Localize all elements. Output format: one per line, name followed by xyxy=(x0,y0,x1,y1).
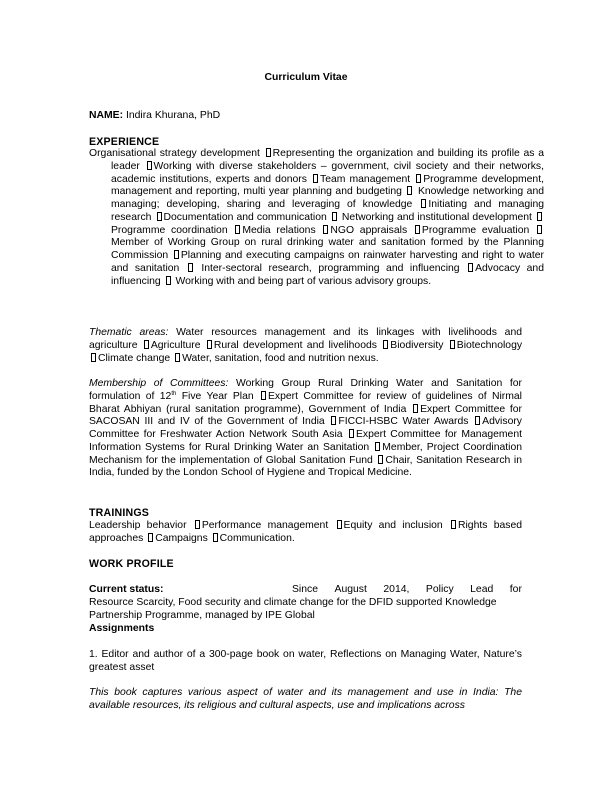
experience-list: Organisational strategy development Repr… xyxy=(89,148,544,288)
document-page: Curriculum Vitae NAME: Indira Khurana, P… xyxy=(0,0,612,792)
bullet-glyph-icon xyxy=(266,148,271,157)
status-word: Policy xyxy=(426,584,454,597)
bullet-glyph-icon xyxy=(375,442,380,451)
list-item: Campaigns xyxy=(155,533,208,544)
list-item: NGO appraisals xyxy=(330,225,407,236)
trainings-heading: TRAININGS xyxy=(89,507,522,519)
list-item: Programme coordination xyxy=(111,225,228,236)
list-item: Inter-sectoral research, programming and… xyxy=(195,263,460,274)
thematic-label: Thematic areas: xyxy=(89,327,168,338)
list-item: Working with and being part of various a… xyxy=(173,276,432,287)
bullet-glyph-icon xyxy=(207,340,212,349)
bullet-glyph-icon xyxy=(383,340,388,349)
work-profile-heading: WORK PROFILE xyxy=(89,558,522,570)
document-title: Curriculum Vitae xyxy=(0,72,612,83)
status-label: Current status: xyxy=(89,584,163,597)
status-description: Resource Scarcity, Food security and cli… xyxy=(89,597,522,623)
bullet-glyph-icon xyxy=(416,174,421,183)
list-item: FICCI-HSBC Water Awards xyxy=(338,416,468,427)
list-item: Documentation and communication xyxy=(164,212,327,223)
trainings-list: Leadership behavior Performance manageme… xyxy=(89,520,522,546)
list-item: Leadership behavior xyxy=(89,520,187,531)
bullet-glyph-icon xyxy=(147,161,152,170)
assignments-heading: Assignments xyxy=(89,623,522,634)
list-item: Biotechnology xyxy=(457,340,522,351)
status-word: Since xyxy=(292,584,318,597)
list-item: Organisational strategy development xyxy=(89,148,260,159)
list-item: Agriculture xyxy=(151,340,201,351)
bullet-glyph-icon xyxy=(213,533,218,542)
bullet-glyph-icon xyxy=(415,225,420,234)
committees-intro-rest: Five Year Plan xyxy=(176,391,253,402)
bullet-glyph-icon xyxy=(175,353,180,362)
bullet-glyph-icon xyxy=(537,212,542,221)
bullet-glyph-icon xyxy=(537,225,542,234)
bullet-glyph-icon xyxy=(313,174,318,183)
bullet-glyph-icon xyxy=(166,276,171,285)
bullet-glyph-icon xyxy=(144,340,149,349)
list-item: Rural development and livelihoods xyxy=(214,340,377,351)
current-status: Current status: Since August 2014, Polic… xyxy=(89,584,522,623)
committees: Membership of Committees: Working Group … xyxy=(89,378,522,480)
list-item: Climate change xyxy=(98,353,170,364)
bullet-glyph-icon xyxy=(451,520,456,529)
bullet-glyph-icon xyxy=(323,225,328,234)
bullet-glyph-icon xyxy=(407,186,412,195)
list-item: Communication. xyxy=(220,533,295,544)
bullet-glyph-icon xyxy=(337,520,342,529)
assignment-1: 1. Editor and author of a 300-page book … xyxy=(89,649,522,675)
status-word: August xyxy=(335,584,367,597)
committees-label: Membership of Committees: xyxy=(89,378,228,389)
list-item: Media relations xyxy=(242,225,315,236)
status-word: 2014, xyxy=(383,584,409,597)
bullet-glyph-icon xyxy=(188,263,193,272)
thematic-list: Agriculture Rural development and liveli… xyxy=(89,340,522,364)
thematic-areas: Thematic areas: Water resources manageme… xyxy=(89,327,522,365)
bullet-glyph-icon xyxy=(261,391,266,400)
list-item: Team management xyxy=(320,174,410,185)
bullet-glyph-icon xyxy=(195,520,200,529)
list-item: Networking and institutional development xyxy=(339,212,532,223)
bullet-glyph-icon xyxy=(475,416,480,425)
bullet-glyph-icon xyxy=(148,533,153,542)
bullet-glyph-icon xyxy=(413,404,418,413)
bullet-glyph-icon xyxy=(235,225,240,234)
experience-heading: EXPERIENCE xyxy=(89,136,522,148)
bullet-glyph-icon xyxy=(468,263,473,272)
committees-list: Expert Committee for review of guideline… xyxy=(89,391,522,479)
bullet-glyph-icon xyxy=(349,429,354,438)
name-line: NAME: Indira Khurana, PhD xyxy=(89,110,522,121)
list-item: Equity and inclusion xyxy=(344,520,443,531)
bullet-glyph-icon xyxy=(91,353,96,362)
list-item: Performance management xyxy=(202,520,328,531)
bullet-glyph-icon xyxy=(421,199,426,208)
list-item: Water, sanitation, food and nutrition ne… xyxy=(182,353,379,364)
bullet-glyph-icon xyxy=(157,212,162,221)
bullet-glyph-icon xyxy=(174,250,179,259)
list-item: Programme evaluation xyxy=(422,225,529,236)
bullet-glyph-icon xyxy=(378,455,383,464)
bullet-glyph-icon xyxy=(332,212,337,221)
status-word: for xyxy=(510,584,522,597)
status-first-line: Current status: Since August 2014, Polic… xyxy=(89,584,522,597)
bullet-glyph-icon xyxy=(331,416,336,425)
bullet-glyph-icon xyxy=(450,340,455,349)
assignment-1-description: This book captures various aspect of wat… xyxy=(89,687,522,713)
list-item: Biodiversity xyxy=(390,340,443,351)
name-value: Indira Khurana, PhD xyxy=(123,110,220,121)
status-word: Lead xyxy=(470,584,493,597)
name-label: NAME: xyxy=(89,110,123,121)
